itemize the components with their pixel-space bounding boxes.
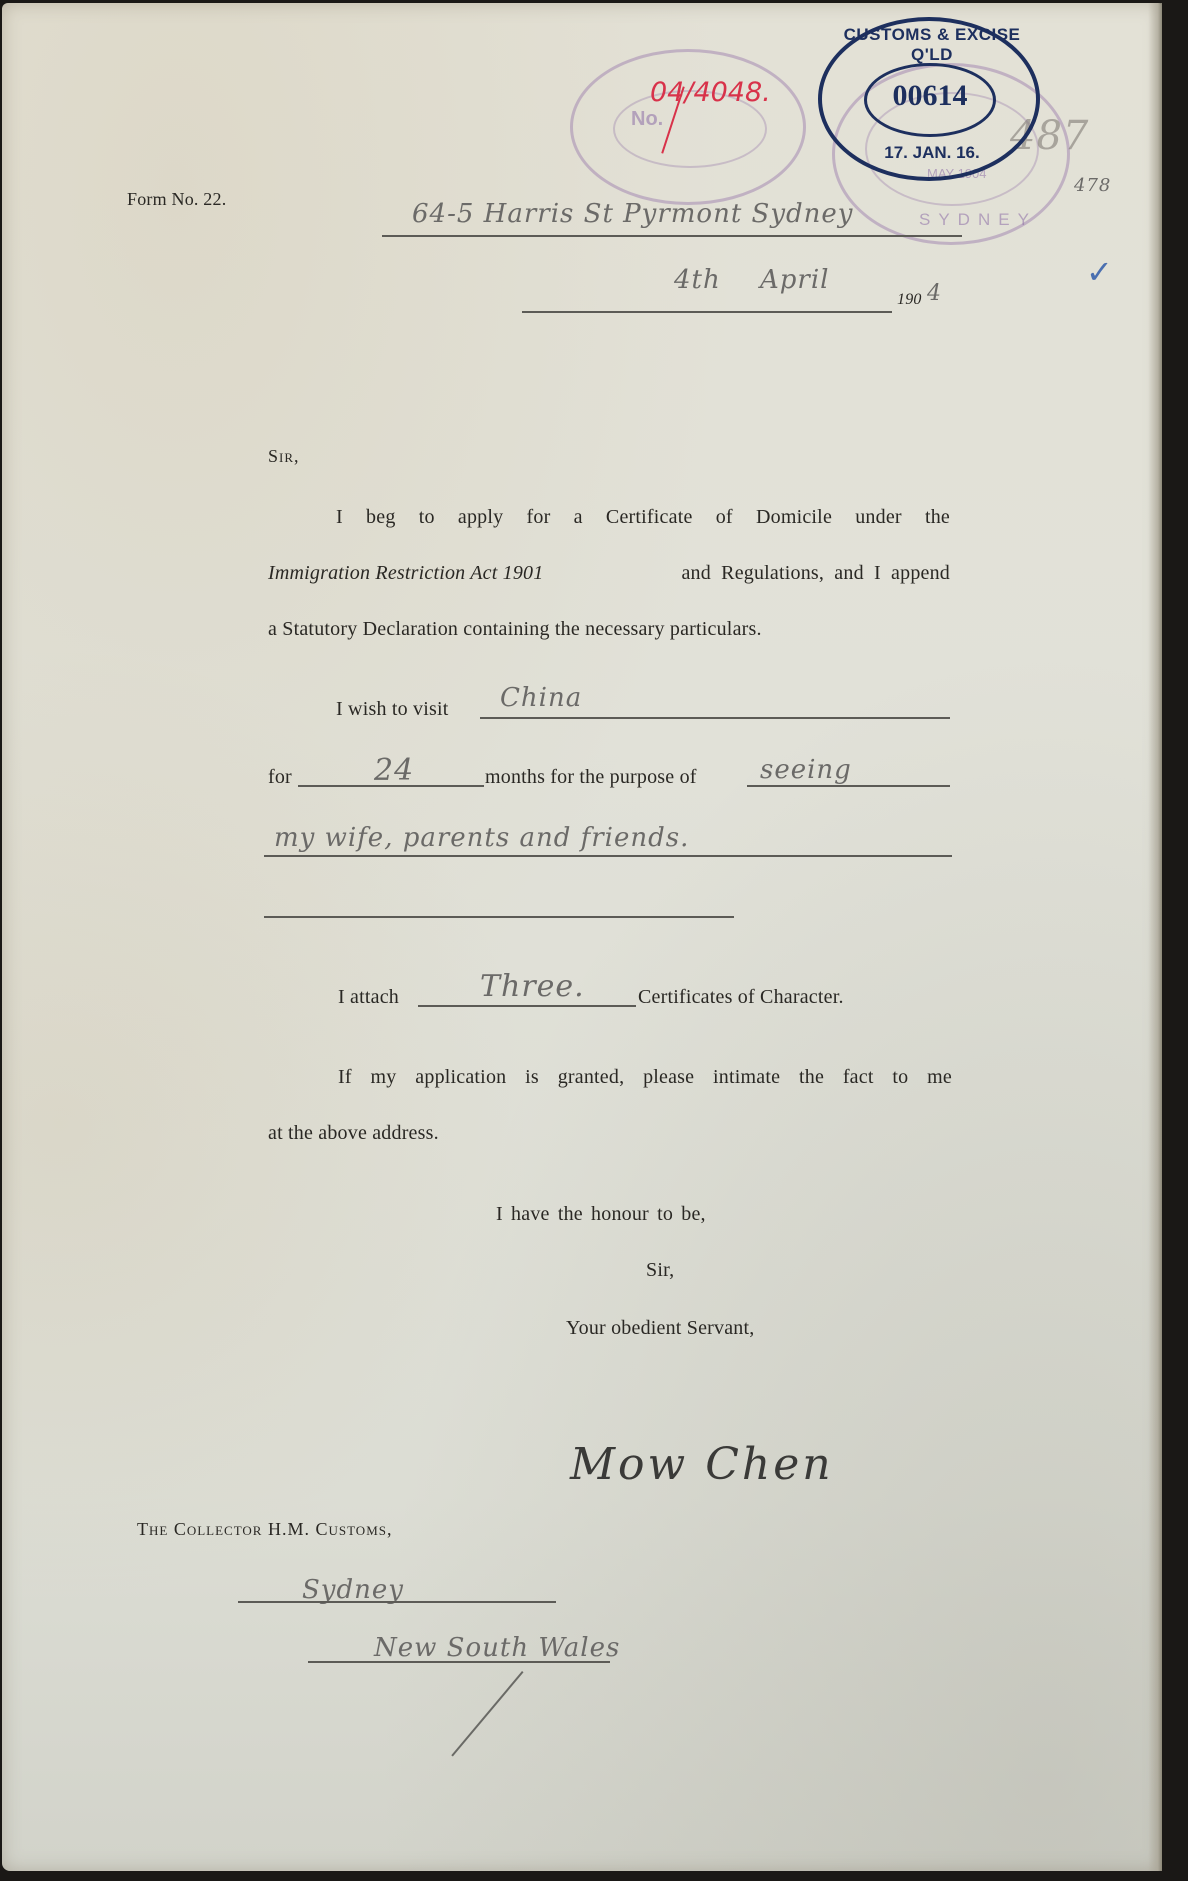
addressee-city-rule: [238, 1601, 556, 1603]
attach-count-field: Three.: [480, 969, 585, 1004]
department-file-number: 04/4048.: [650, 77, 771, 108]
purpose-rule-1: [747, 785, 950, 787]
date-day: 4th: [674, 265, 721, 295]
customs-stamp-date: 17. JAN. 16.: [862, 143, 1002, 163]
customs-stamp-number: 00614: [864, 79, 996, 113]
signature: Mow Chen: [570, 1439, 834, 1490]
address-rule: [382, 235, 962, 237]
granted-line-1: If my application is granted, please int…: [338, 1066, 952, 1089]
customs-stamp-title: CUSTOMS & EXCISE Q'LD: [842, 25, 1022, 65]
closing-line-1: I have the honour to be,: [496, 1203, 706, 1226]
attach-rule: [418, 1005, 636, 1007]
visit-destination-field: China: [500, 683, 582, 713]
paragraph-line-1: I beg to apply for a Certificate of Domi…: [336, 506, 950, 529]
act-name: Immigration Restriction Act 1901: [268, 562, 543, 585]
granted-line-2: at the above address.: [268, 1122, 439, 1145]
sydney-stamp-city: SYDNEY: [919, 210, 1037, 230]
visit-rule: [480, 717, 950, 719]
pencil-stroke: [451, 1671, 523, 1756]
purpose-field-line-2: my wife, parents and friends.: [274, 823, 689, 853]
paragraph-line-2: Immigration Restriction Act 1901 and Reg…: [268, 562, 950, 585]
months-rule: [298, 785, 484, 787]
date-rule: [522, 311, 892, 313]
closing-line-2: Sir,: [646, 1259, 674, 1282]
salutation: Sir,: [268, 446, 300, 467]
document-page: No. 04/4048. MAY 1904 SYDNEY 487 478 CUS…: [2, 3, 1162, 1871]
date-year-printed: 190: [897, 291, 922, 309]
paragraph-line-2-rest: and Regulations, and I append: [681, 562, 950, 585]
attach-label: I attach: [338, 986, 399, 1009]
purpose-rule-3: [264, 916, 734, 918]
page-edge: [1148, 3, 1162, 1871]
date-year-handwritten: 4: [927, 281, 942, 306]
customs-excise-stamp: CUSTOMS & EXCISE Q'LD 00614 17. JAN. 16.: [818, 17, 1040, 181]
closing-line-3: Your obedient Servant,: [566, 1317, 754, 1340]
date-month: April: [760, 265, 829, 295]
for-label: for: [268, 766, 292, 789]
months-label: months for the purpose of: [485, 766, 697, 789]
attach-suffix: Certificates of Character.: [638, 986, 844, 1009]
addressee-state-rule: [308, 1661, 610, 1663]
paragraph-line-3: a Statutory Declaration containing the n…: [268, 618, 762, 641]
addressee-state: New South Wales: [374, 1633, 620, 1663]
addressee-title: The Collector H.M. Customs,: [137, 1519, 393, 1540]
months-field: 24: [374, 753, 414, 788]
sender-address: 64-5 Harris St Pyrmont Sydney: [412, 199, 854, 229]
purpose-rule-2: [264, 855, 952, 857]
department-stamp: No.: [570, 49, 806, 205]
visit-label: I wish to visit: [336, 698, 448, 721]
form-number: Form No. 22.: [127, 189, 226, 210]
purpose-field-line-1: seeing: [760, 755, 852, 785]
department-stamp-no-label: No.: [631, 108, 663, 131]
checkmark-icon: ✓: [1086, 253, 1113, 291]
sydney-stamp-note: 478: [1074, 175, 1111, 196]
